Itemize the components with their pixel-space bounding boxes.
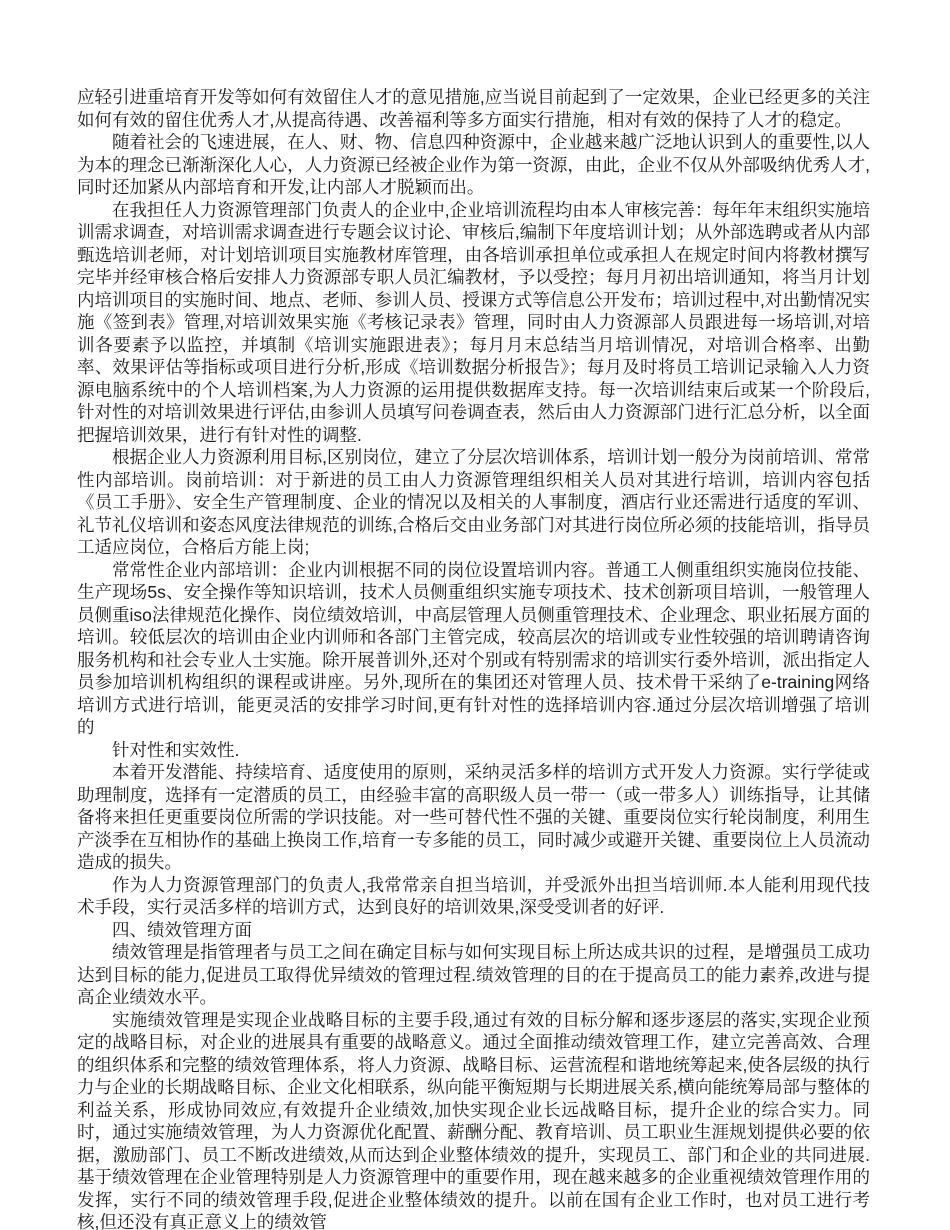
paragraph: 实施绩效管理是实现企业战略目标的主要手段,通过有效的目标分解和逐步逐层的落实,实… xyxy=(77,1009,870,1230)
paragraph: 根据企业人力资源利用目标,区别岗位，建立了分层次培训体系，培训计划一般分为岗前培… xyxy=(77,446,870,559)
document-text-body: 应轻引进重培育开发等如何有效留住人才的意见措施,应当说目前起到了一定效果，企业已… xyxy=(77,86,870,1230)
paragraph: 在我担任人力资源管理部门负责人的企业中,企业培训流程均由本人审核完善：每年年末组… xyxy=(77,199,870,447)
paragraph: 随着社会的飞速进展，在人、财、物、信息四种资源中，企业越来越广泛地认识到人的重要… xyxy=(77,131,870,199)
paragraph: 应轻引进重培育开发等如何有效留住人才的意见措施,应当说目前起到了一定效果，企业已… xyxy=(77,86,870,131)
paragraph: 作为人力资源管理部门的负责人,我常常亲自担当培训，并受派外出担当培训师.本人能利… xyxy=(77,874,870,919)
paragraph: 四、绩效管理方面 xyxy=(77,919,870,942)
paragraph: 常常性企业内部培训：企业内训根据不同的岗位设置培训内容。普通工人侧重组织实施岗位… xyxy=(77,559,870,739)
document-page: 应轻引进重培育开发等如何有效留住人才的意见措施,应当说目前起到了一定效果，企业已… xyxy=(0,0,950,1230)
paragraph: 针对性和实效性. xyxy=(77,739,870,762)
paragraph: 本着开发潜能、持续培育、适度使用的原则，采纳灵活多样的培训方式开发人力资源。实行… xyxy=(77,761,870,874)
paragraph: 绩效管理是指管理者与员工之间在确定目标与如何实现目标上所达成共识的过程，是增强员… xyxy=(77,941,870,1009)
